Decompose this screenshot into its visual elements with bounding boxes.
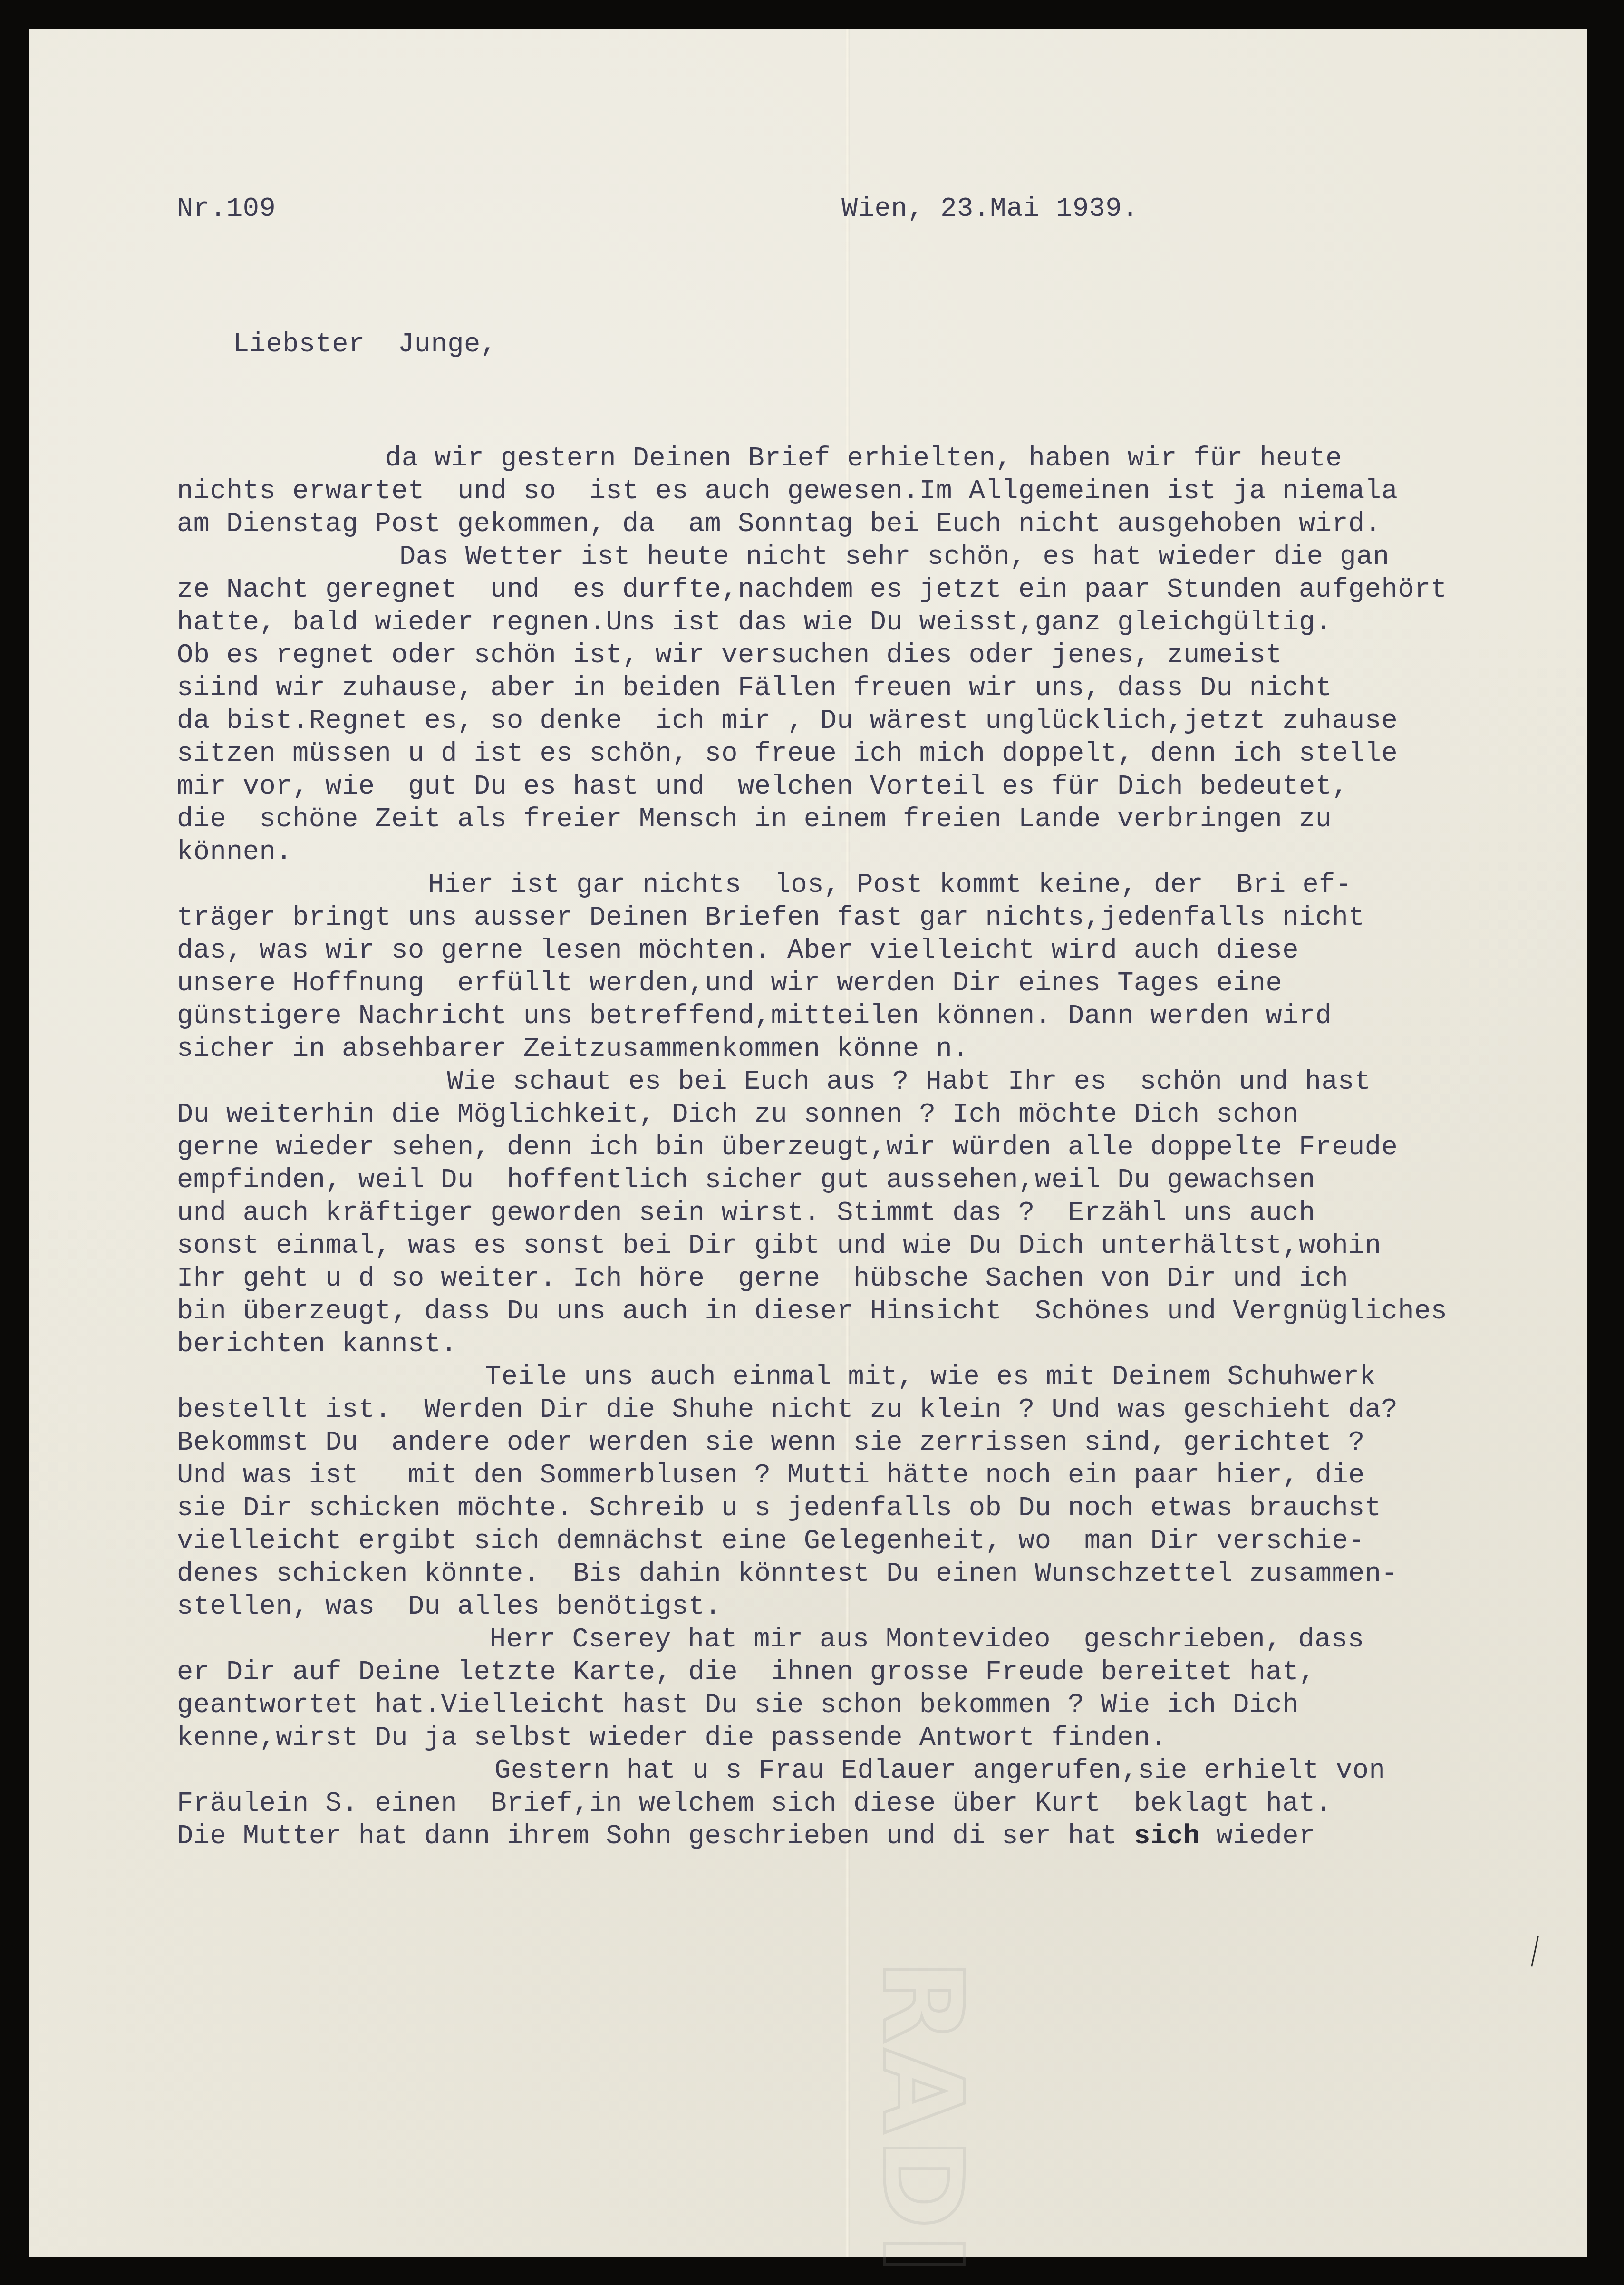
letter-line: das, was wir so gerne lesen möchten. Abe… [177,934,1299,968]
letter-line: bestellt ist. Werden Dir die Shuhe nicht… [177,1394,1398,1427]
letter-line: hatte, bald wieder regnen.Uns ist das wi… [177,606,1332,639]
letter-line: sitzen müssen u d ist es schön, so freue… [177,737,1398,771]
letter-line: Bekommst Du andere oder werden sie wenn … [177,1426,1365,1460]
letter-line: Die Mutter hat dann ihrem Sohn geschrieb… [177,1820,1315,1853]
letter-line: Teile uns auch einmal mit, wie es mit De… [485,1361,1376,1394]
letter-line: Wie schaut es bei Euch aus ? Habt Ihr es… [447,1065,1371,1099]
letter-line: Ob es regnet oder schön ist, wir versuch… [177,639,1282,672]
letter-line: gerne wieder sehen, denn ich bin überzeu… [177,1131,1398,1164]
letter-line: Das Wetter ist heute nicht sehr schön, e… [399,541,1389,574]
letter-salutation: Liebster Junge, [233,328,497,361]
letter-number: Nr.109 [177,193,276,226]
letter-line: können. [177,836,292,869]
letter-line: sicher in absehbarer Zeitzusammenkommen … [177,1033,969,1066]
letter-line: da bist.Regnet es, so denke ich mir , Du… [177,705,1398,738]
letter-line: bin überzeugt, dass Du uns auch in diese… [177,1295,1447,1328]
letter-line: günstigere Nachricht uns betreffend,mitt… [177,1000,1332,1033]
pencil-mark [1531,1936,1538,1966]
letter-line: vielleicht ergibt sich demnächst eine Ge… [177,1525,1365,1558]
letter-line: träger bringt uns ausser Deinen Briefen … [177,901,1365,935]
struck-out-word: sich [1134,1821,1200,1852]
letter-line: Hier ist gar nichts los, Post kommt kein… [428,869,1352,902]
letter-line: unsere Hoffnung erfüllt werden,und wir w… [177,967,1282,1000]
letter-line: Fräulein S. einen Brief,in welchem sich … [177,1787,1332,1820]
letter-line: mir vor, wie gut Du es hast und welchen … [177,770,1348,804]
letter-line: die schöne Zeit als freier Mensch in ein… [177,803,1332,836]
letter-line: empfinden, weil Du hoffentlich sicher gu… [177,1164,1315,1197]
letter-line: kenne,wirst Du ja selbst wieder die pass… [177,1722,1167,1755]
letter-place-date: Wien, 23.Mai 1939. [841,193,1139,226]
letter-line: berichten kannst. [177,1328,457,1361]
letter-line: da wir gestern Deinen Brief erhielten, h… [385,442,1342,475]
letter-line: Ihr geht u d so weiter. Ich höre gerne h… [177,1262,1348,1296]
watermark: RADI [858,1960,985,2279]
letter-line: denes schicken könnte. Bis dahin könntes… [177,1558,1398,1591]
letter-line: nichts erwartet und so ist es auch gewes… [177,475,1398,508]
line-tail: wieder [1200,1821,1315,1852]
letter-line: Und was ist mit den Sommerblusen ? Mutti… [177,1459,1365,1492]
letter-line: und auch kräftiger geworden sein wirst. … [177,1197,1315,1230]
letter-line: sonst einmal, was es sonst bei Dir gibt … [177,1230,1382,1263]
letter-line: geantwortet hat.Vielleicht hast Du sie s… [177,1689,1299,1722]
letter-line: ze Nacht geregnet und es durfte,nachdem … [177,573,1447,607]
letter-line: Gestern hat u s Frau Edlauer angerufen,s… [494,1754,1385,1788]
letter-line: Herr Cserey hat mir aus Montevideo gesch… [490,1623,1364,1656]
letter-line: stellen, was Du alles benötigst. [177,1590,721,1624]
letter-line: siind wir zuhause, aber in beiden Fällen… [177,672,1332,705]
letter-line: sie Dir schicken möchte. Schreib u s jed… [177,1492,1382,1525]
letter-line: er Dir auf Deine letzte Karte, die ihnen… [177,1656,1315,1689]
letter-line: am Dienstag Post gekommen, da am Sonntag… [177,508,1382,541]
letter-line: Du weiterhin die Möglichkeit, Dich zu so… [177,1098,1299,1132]
